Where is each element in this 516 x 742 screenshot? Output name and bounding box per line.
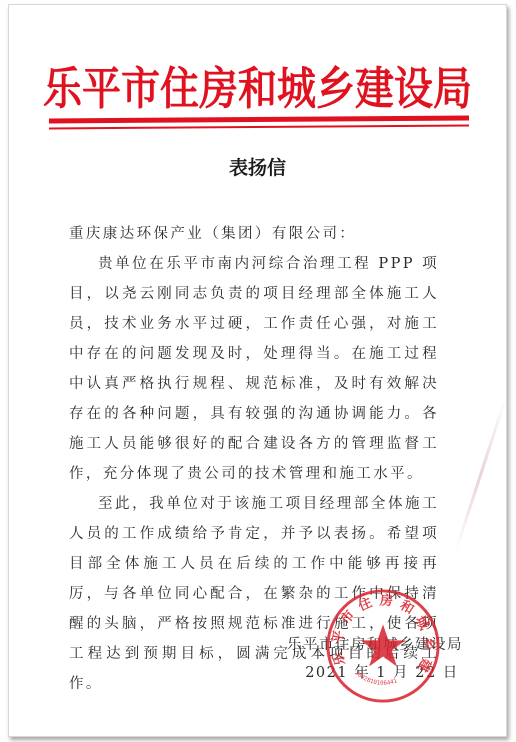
letter-page: 乐平市住房和城乡建设局 表扬信 重庆康达环保产业（集团）有限公司： 贵单位在乐平… [8,4,507,737]
paper-crease [454,398,506,551]
letterhead-rule-thin [49,125,469,130]
letterhead-title: 乐平市住房和城乡建设局 [9,57,506,121]
paragraph-1: 贵单位在乐平市南内河综合治理工程 PPP 项目，以尧云刚同志负责的项目经理部全体… [69,249,439,489]
addressee: 重庆康达环保产业（集团）有限公司： [69,219,439,249]
stamp-code: 3602810106441 [353,670,398,687]
official-seal-stamp: 乐平市住房和城乡建设局 3602810106441 [324,587,442,705]
star-icon [361,624,406,666]
document-title: 表扬信 [9,153,506,180]
